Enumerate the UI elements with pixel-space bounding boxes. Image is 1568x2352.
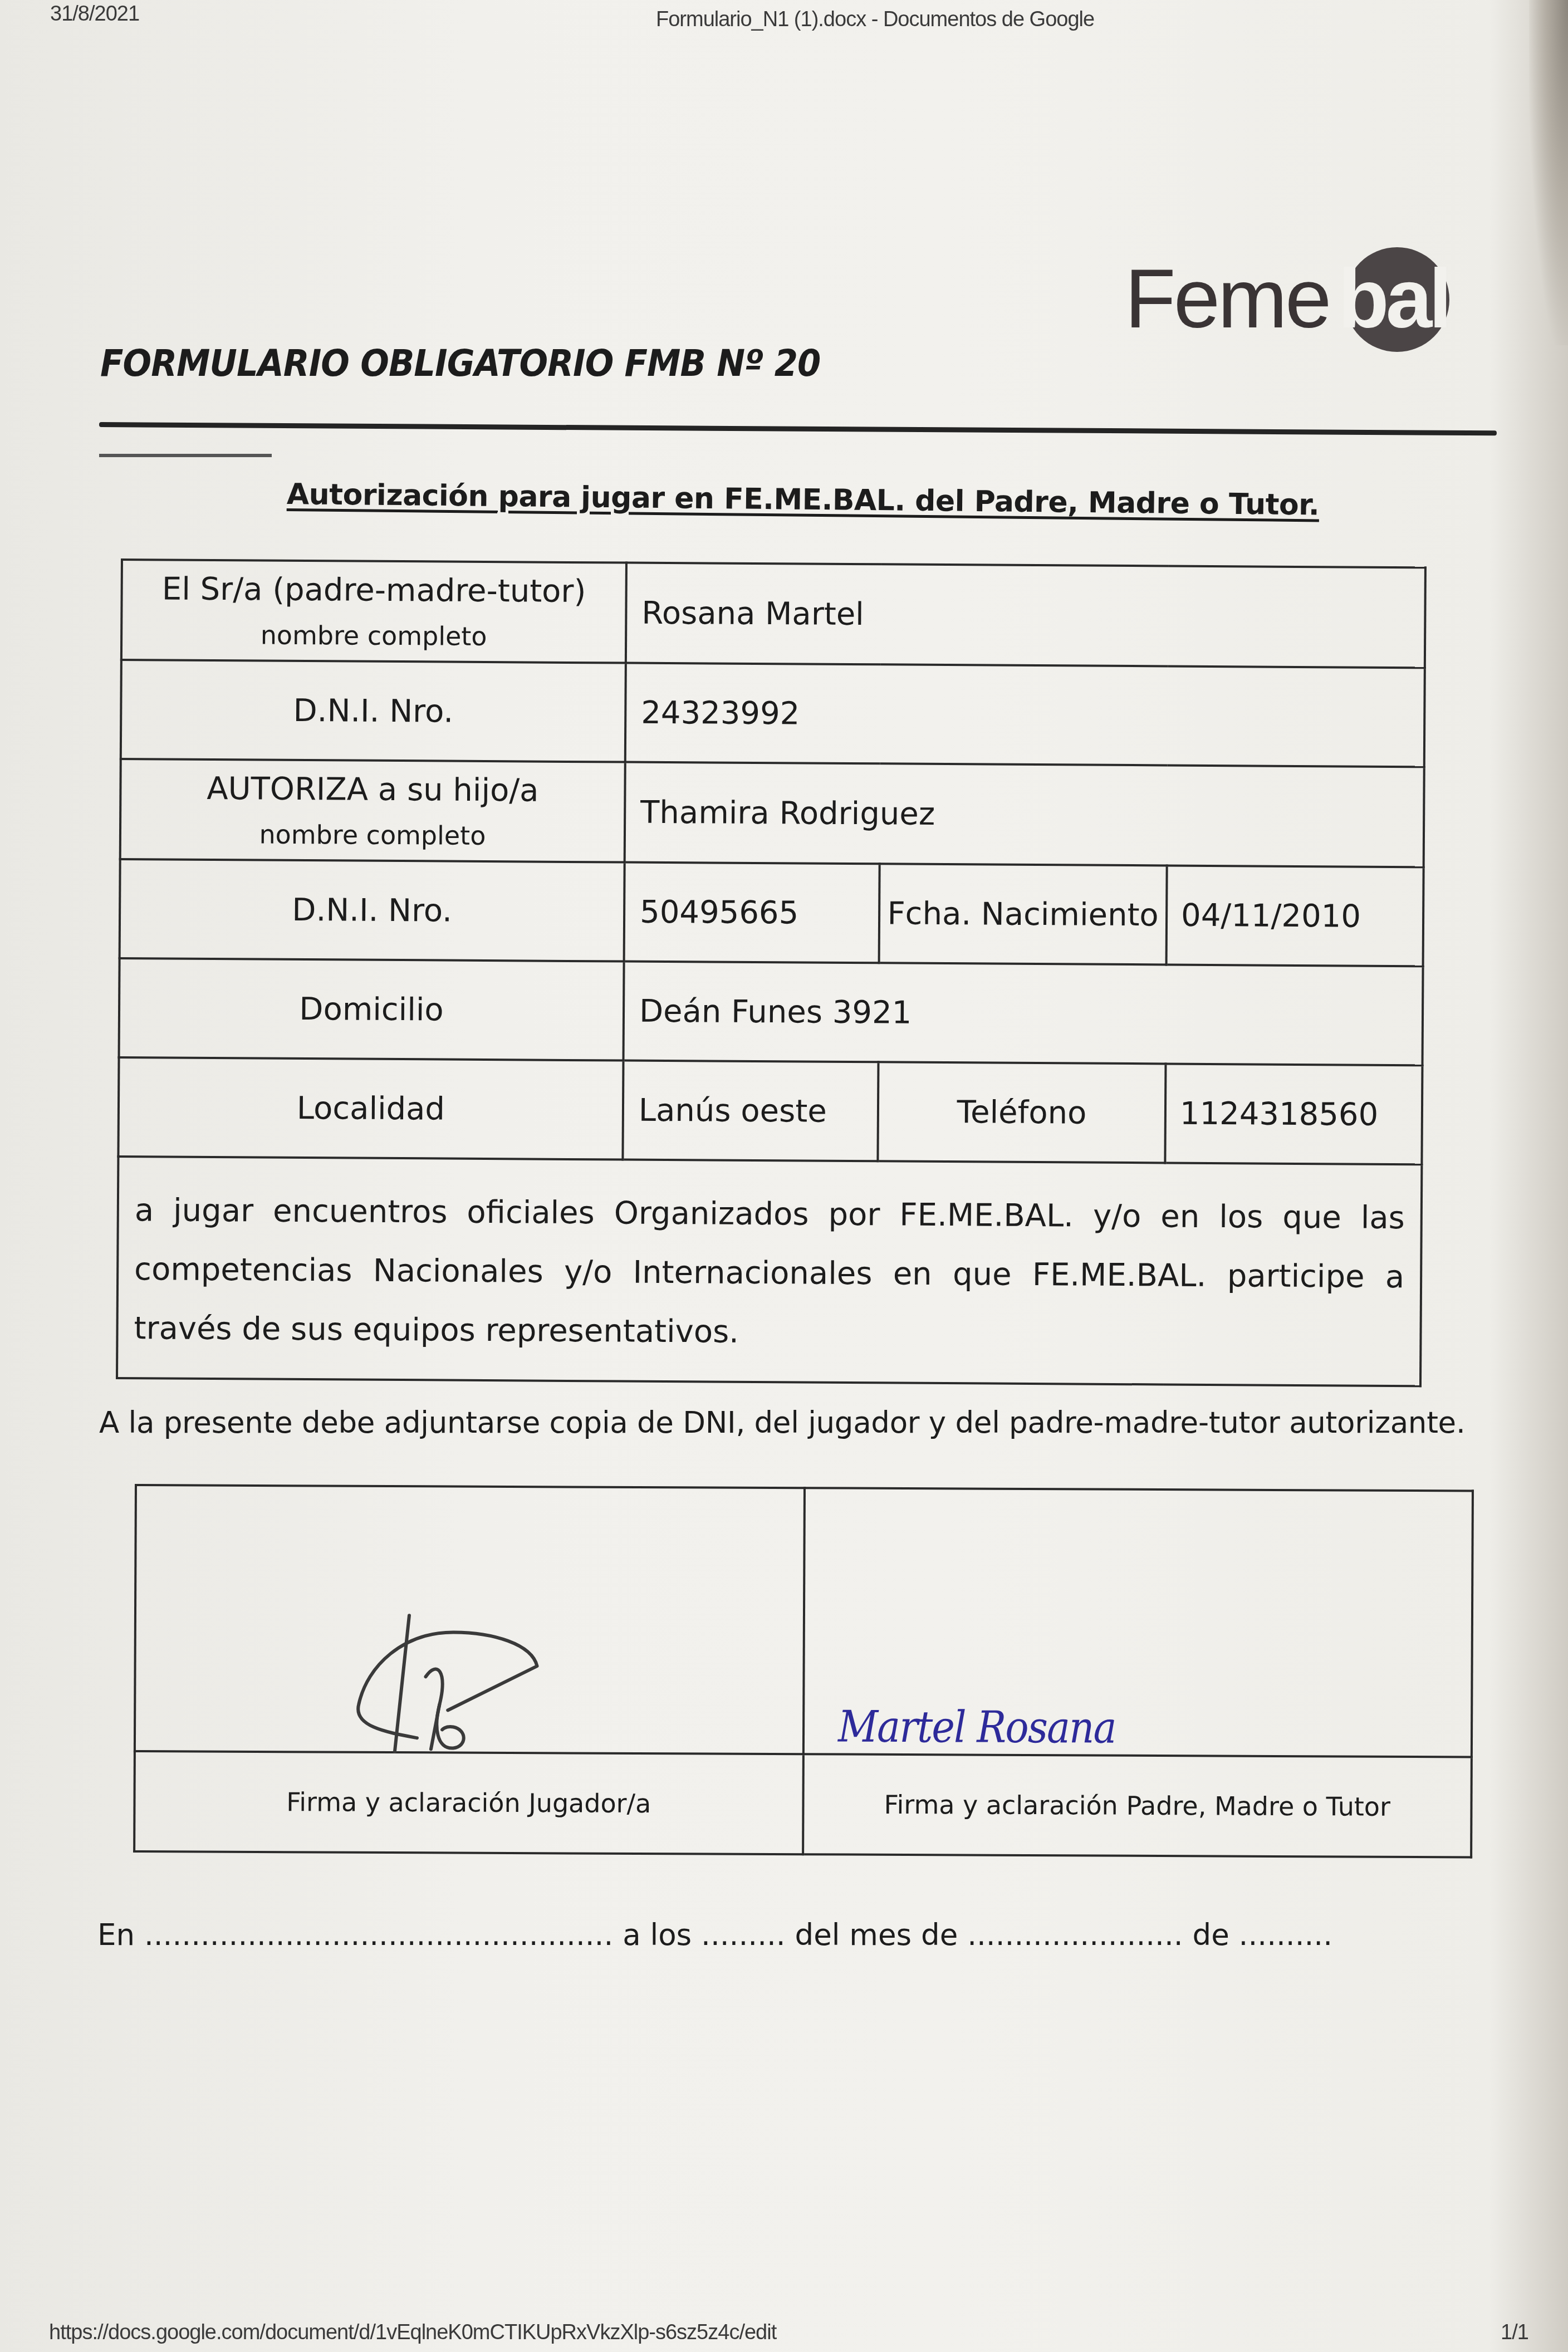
print-page-number: 1/1 (1501, 2321, 1528, 2345)
print-document-title: Formulario_N1 (1).docx - Documentos de G… (656, 8, 1094, 32)
attachment-note: A la presente debe adjuntarse copia de D… (99, 1406, 1465, 1440)
parent-signature-area[interactable]: Martel Rosana (803, 1488, 1473, 1757)
authorization-paragraph: a jugar encuentros oficiales Organizados… (117, 1157, 1422, 1386)
player-signature-caption: Firma y aclaración Jugador/a (134, 1751, 803, 1854)
table-row-child-dni: D.N.I. Nro. 50495665 Fcha. Nacimiento 04… (120, 859, 1424, 966)
phone-field[interactable]: 1124318560 (1165, 1064, 1422, 1164)
guardian-name-field[interactable]: Rosana Martel (626, 563, 1425, 668)
locality-field[interactable]: Lanús oeste (623, 1061, 878, 1162)
table-row-guardian-name: El Sr/a (padre-madre-tutor) nombre compl… (121, 560, 1425, 668)
table-row-child-name: AUTORIZA a su hijo/a nombre completo Tha… (120, 759, 1424, 867)
date-place-line[interactable]: En .....................................… (97, 1918, 1332, 1952)
guardian-name-sublabel: nombre completo (122, 619, 625, 653)
address-label: Domicilio (119, 958, 624, 1061)
form-title: FORMULARIO OBLIGATORIO FMB Nº 20 (100, 342, 820, 385)
table-row-address: Domicilio Deán Funes 3921 (119, 958, 1423, 1065)
child-name-label: AUTORIZA a su hijo/a (121, 770, 624, 810)
table-row-locality: Localidad Lanús oeste Teléfono 112431856… (118, 1057, 1422, 1164)
child-dni-label: D.N.I. Nro. (120, 859, 625, 962)
locality-label: Localidad (118, 1057, 623, 1160)
guardian-dni-label: D.N.I. Nro. (121, 660, 626, 762)
table-row-guardian-dni: D.N.I. Nro. 24323992 (121, 660, 1425, 767)
birth-date-label: Fcha. Nacimiento (879, 864, 1167, 964)
logo-text: Feme (1125, 251, 1329, 347)
guardian-dni-field[interactable]: 24323992 (625, 663, 1425, 767)
child-name-field[interactable]: Thamira Rodriguez (625, 762, 1424, 868)
print-url: https://docs.google.com/document/d/1vEql… (49, 2321, 776, 2345)
address-field[interactable]: Deán Funes 3921 (624, 962, 1423, 1066)
phone-label: Teléfono (878, 1062, 1165, 1163)
guardian-name-label: El Sr/a (padre-madre-tutor) (122, 571, 625, 610)
parent-signature-caption: Firma y aclaración Padre, Madre o Tutor (803, 1754, 1472, 1857)
child-name-sublabel: nombre completo (121, 819, 624, 852)
print-date: 31/8/2021 (50, 2, 139, 26)
table-row-paragraph: a jugar encuentros oficiales Organizados… (117, 1157, 1422, 1386)
child-dni-field[interactable]: 50495665 (624, 863, 880, 963)
guardian-name-label-cell: El Sr/a (padre-madre-tutor) nombre compl… (121, 560, 626, 663)
page-curl-shadow (1529, 0, 1568, 345)
child-name-label-cell: AUTORIZA a su hijo/a nombre completo (120, 759, 625, 863)
authorization-table: El Sr/a (padre-madre-tutor) nombre compl… (116, 558, 1427, 1387)
parent-handwritten-signature: Martel Rosana (837, 1702, 1115, 1753)
short-divider (99, 454, 272, 457)
player-signature-area[interactable] (135, 1485, 805, 1754)
signature-table: Martel Rosana Firma y aclaración Jugador… (133, 1484, 1474, 1858)
femebal-logo: Feme bal (1125, 239, 1503, 351)
player-signature-icon (342, 1610, 576, 1756)
birth-date-field[interactable]: 04/11/2010 (1167, 865, 1424, 966)
logo-circle-text: bal (1338, 251, 1449, 347)
